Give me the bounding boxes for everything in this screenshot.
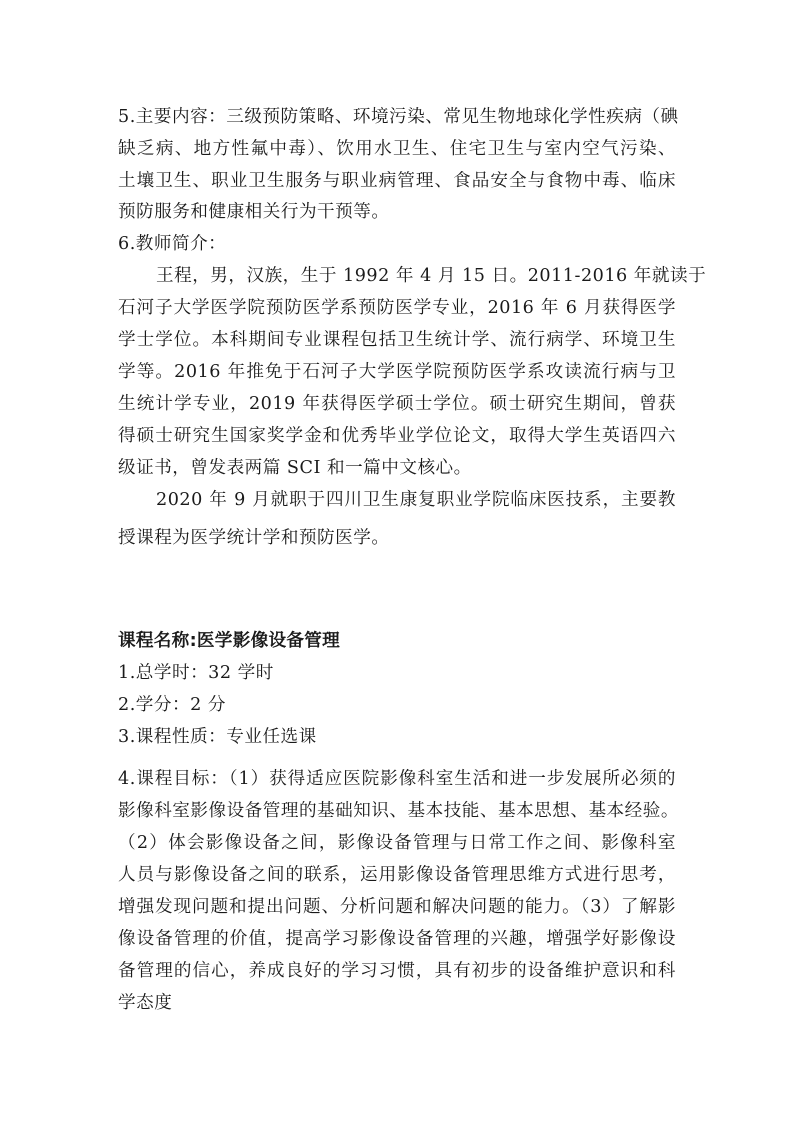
bio-line: 2020 年 9 月就职于四川卫生康复职业学院临床医技系，主要教 bbox=[156, 489, 676, 511]
main-content-line: 预防服务和健康相关行为干预等。 bbox=[118, 201, 389, 223]
course-nature: 3.课程性质：专业任选课 bbox=[118, 726, 317, 748]
course-title: 课程名称:医学影像设备管理 bbox=[118, 630, 340, 652]
course-objectives-line: 学态度 bbox=[118, 992, 172, 1014]
bio-line: 学等。2016 年推免于石河子大学医学院预防医学系攻读流行病与卫 bbox=[118, 361, 676, 383]
course-credits: 2.学分：2 分 bbox=[118, 694, 226, 716]
bio-line: 级证书，曾发表两篇 SCI 和一篇中文核心。 bbox=[118, 457, 472, 479]
course-objectives-line: 备管理的信心，养成良好的学习习惯，具有初步的设备维护意识和科 bbox=[118, 960, 676, 982]
course-objectives-line: 像设备管理的价值，提高学习影像设备管理的兴趣，增强学好影像设 bbox=[118, 928, 676, 950]
bio-line: 授课程为医学统计学和预防医学。 bbox=[118, 527, 389, 549]
bio-line: 得硕士研究生国家奖学金和优秀毕业学位论文，取得大学生英语四六 bbox=[118, 425, 676, 447]
course-objectives-line: （2）体会影像设备之间，影像设备管理与日常工作之间、影像科室 bbox=[118, 832, 676, 854]
bio-line: 学士学位。本科期间专业课程包括卫生统计学、流行病学、环境卫生 bbox=[118, 329, 676, 351]
course-objectives-line: 人员与影像设备之间的联系，运用影像设备管理思维方式进行思考， bbox=[118, 864, 676, 886]
course-objectives-line: 4.课程目标：（1）获得适应医院影像科室生活和进一步发展所必须的 bbox=[118, 768, 676, 790]
course-objectives-line: 影像科室影像设备管理的基础知识、基本技能、基本思想、基本经验。 bbox=[118, 800, 676, 822]
bio-line: 生统计学专业，2019 年获得医学硕士学位。硕士研究生期间，曾获 bbox=[118, 393, 676, 415]
bio-line: 王程，男，汉族，生于 1992 年 4 月 15 日。2011-2016 年就读… bbox=[156, 265, 676, 287]
teacher-intro-heading: 6.教师简介： bbox=[118, 233, 226, 255]
bio-line: 石河子大学医学院预防医学系预防医学专业，2016 年 6 月获得医学 bbox=[118, 297, 676, 319]
main-content-line: 缺乏病、地方性氟中毒）、饮用水卫生、住宅卫生与室内空气污染、 bbox=[118, 138, 676, 160]
course-objectives-line: 增强发现问题和提出问题、分析问题和解决问题的能力。（3）了解影 bbox=[118, 896, 676, 918]
course-total-hours: 1.总学时：32 学时 bbox=[118, 662, 274, 684]
main-content-line: 土壤卫生、职业卫生服务与职业病管理、食品安全与食物中毒、临床 bbox=[118, 170, 676, 192]
main-content-line: 5.主要内容：三级预防策略、环境污染、常见生物地球化学性疾病（碘 bbox=[118, 106, 676, 128]
